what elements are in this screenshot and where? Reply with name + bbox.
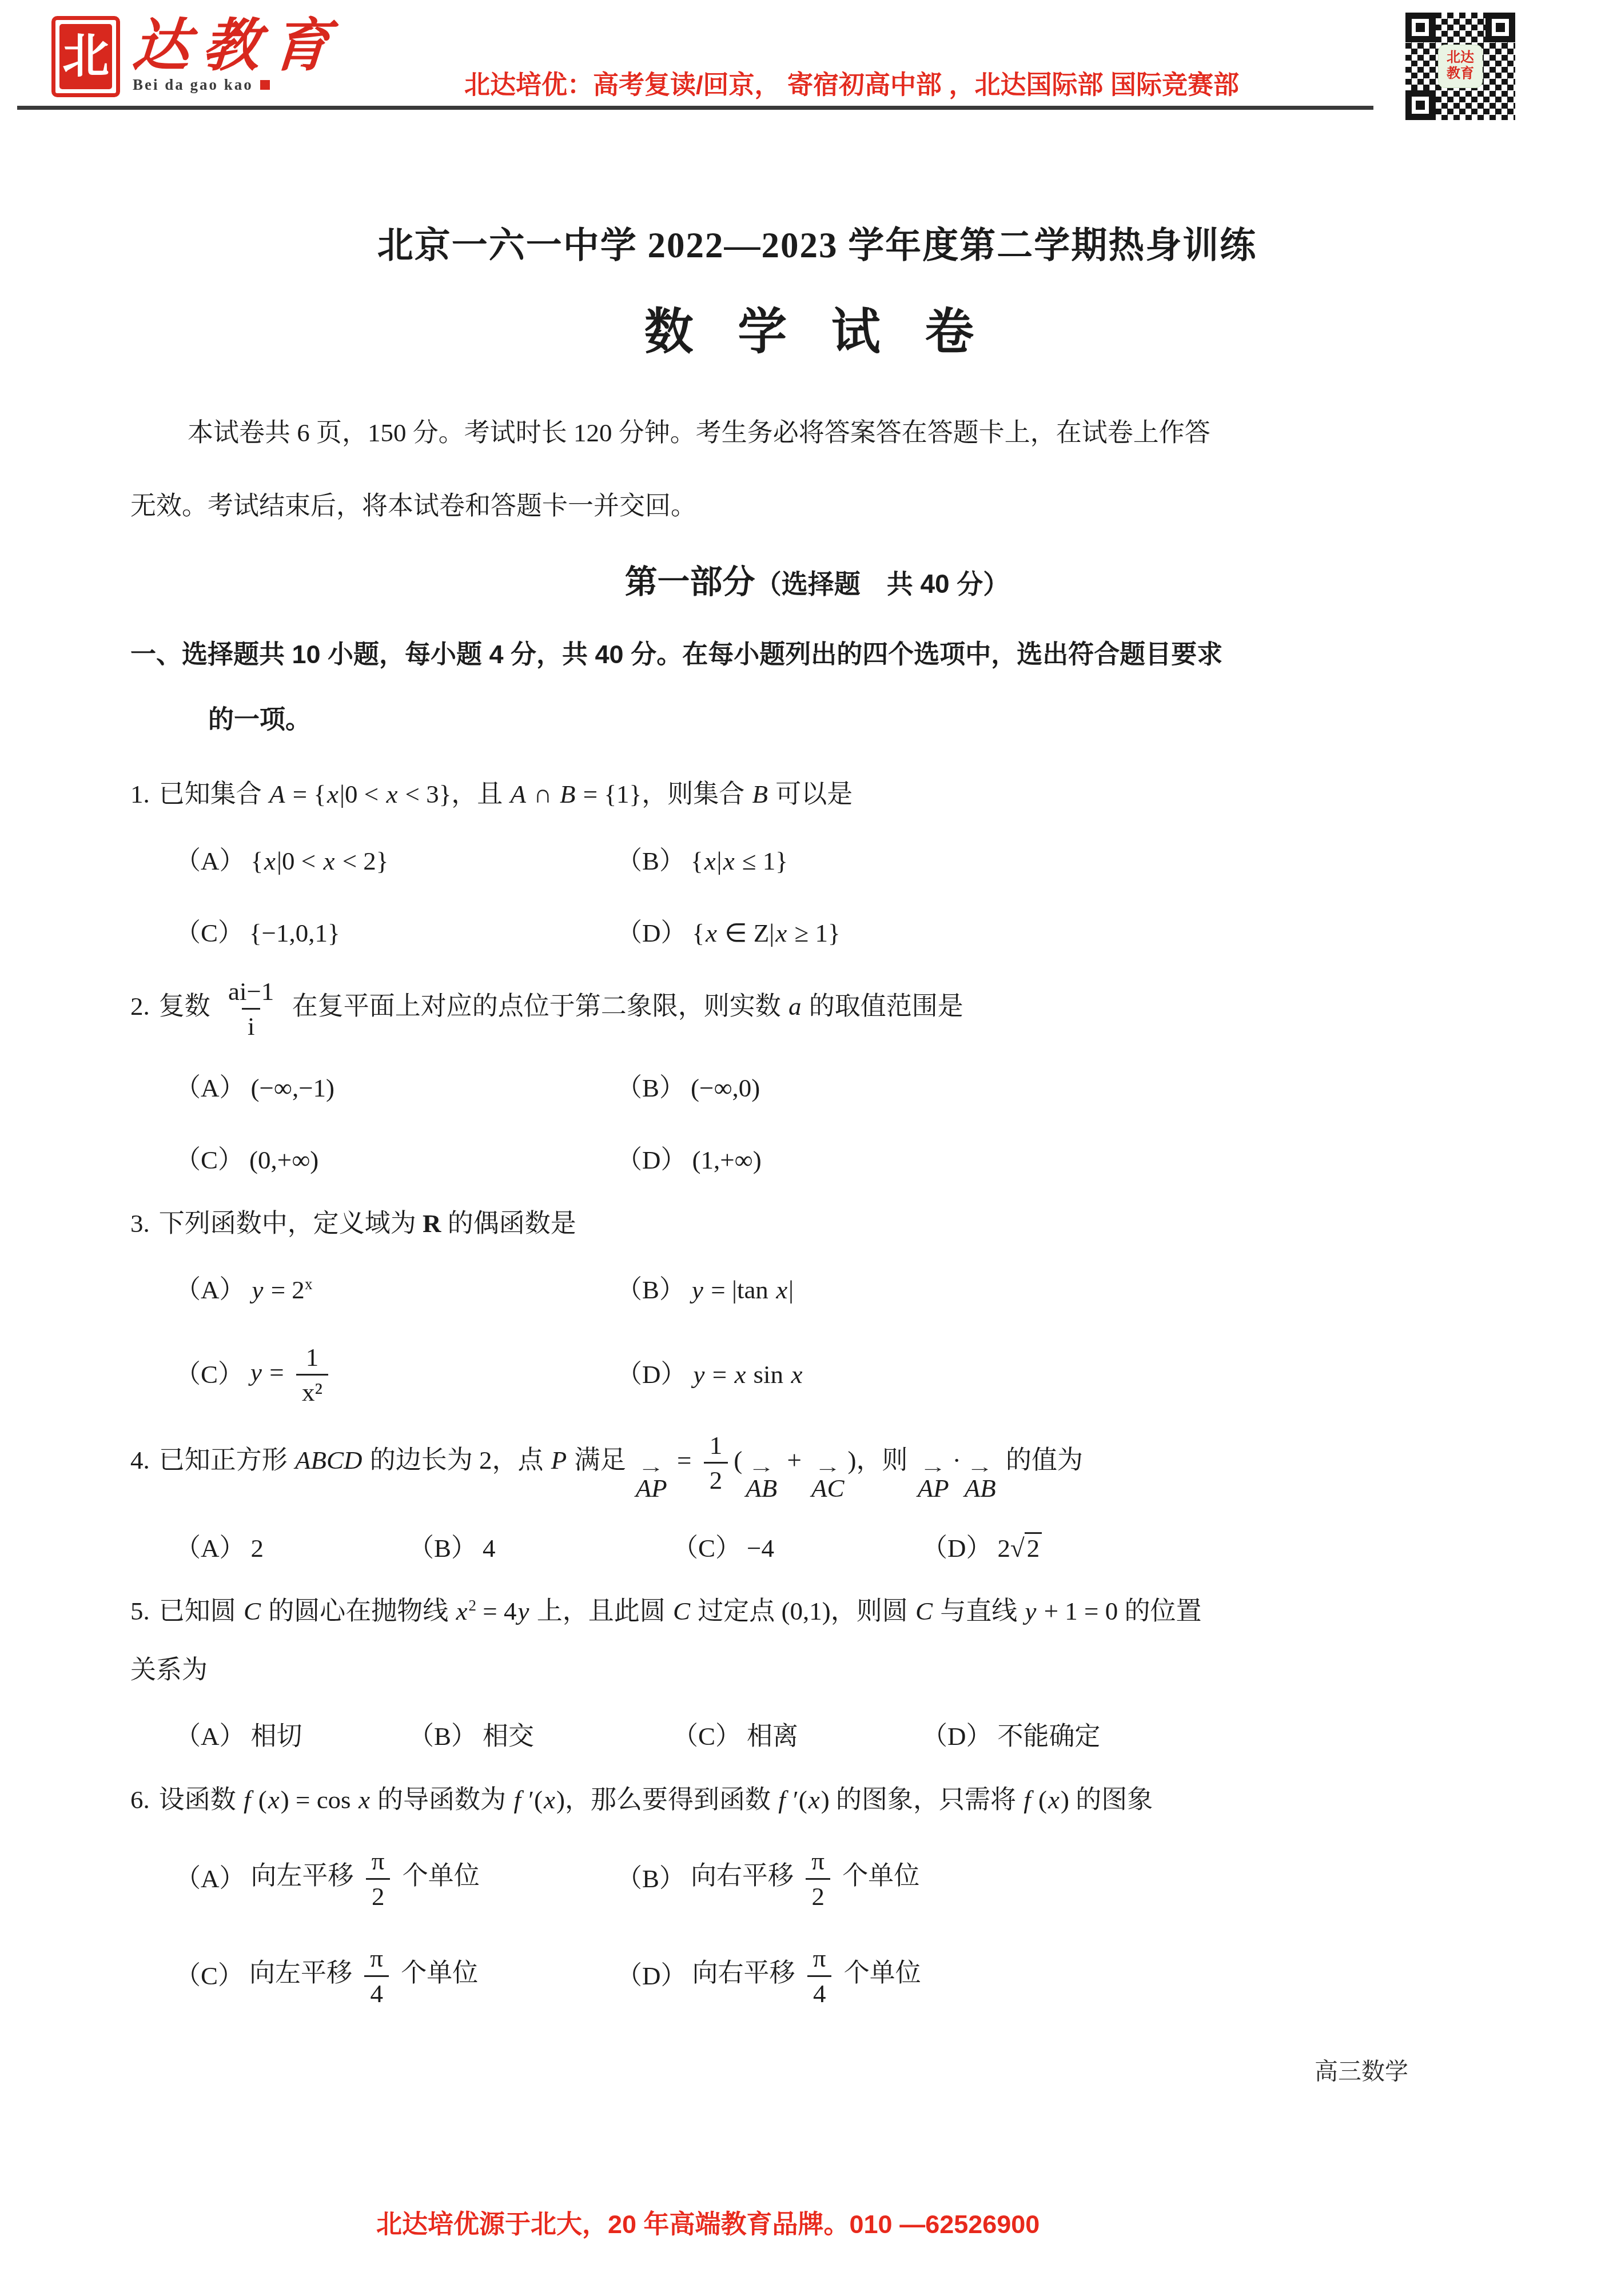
q5-option-A: （A）相切 (175, 1715, 408, 1759)
q4-option-C: （C）−4 (672, 1526, 922, 1570)
question-5-stem: 5.已知圆 C 的圆心在抛物线 x2 = 4y 上，且此圆 C 过定点 (0,1… (130, 1589, 1504, 1633)
option-label: （C） (175, 911, 244, 955)
question-number: 1. (130, 780, 150, 808)
question-3-options: （A）y = 2x（B）y = |tan x|（C）y = 1x²（D）y = … (175, 1268, 1504, 1409)
red-square-icon (260, 80, 270, 90)
option-text: 相切 (251, 1715, 302, 1759)
exam-paper-page: { "colors":{"brand_red":"#d8281e","sloga… (0, 0, 1621, 2296)
option-label: （A） (175, 1857, 245, 1901)
option-label: （A） (175, 1715, 245, 1759)
qr-code: 北达 教育 (1405, 13, 1515, 120)
option-text: 相交 (483, 1715, 534, 1759)
part1-heading: 第一部分（选择题 共 40 分） (130, 556, 1504, 603)
option-label: （A） (175, 1526, 245, 1570)
option-label: （D） (922, 1526, 992, 1570)
option-text: y = |tan x| (691, 1268, 794, 1312)
option-text: {x|0 < x < 2} (251, 839, 389, 883)
option-label: （A） (175, 1066, 245, 1110)
part1-subtitle: （选择题 共 40 分） (755, 569, 1010, 599)
option-label: （B） (408, 1715, 477, 1759)
question-number: 3. (130, 1209, 150, 1238)
exam-notes-line2: 无效。考试结束后，将本试卷和答题卡一并交回。 (130, 469, 1504, 543)
option-text: (0,+∞) (249, 1138, 318, 1182)
page-content: 北京一六一中学 2022—2023 学年度第二学期热身训练 数 学 试 卷 本试… (0, 111, 1621, 2030)
qr-finder-icon (1485, 13, 1515, 42)
option-label: （A） (175, 1268, 245, 1312)
question-list: 1.已知集合 A = {x|0 < x < 3}，且 A ∩ B = {1}，则… (130, 772, 1504, 2010)
q6-option-D: （D）向右平移 π4 个单位 (616, 1942, 1504, 2010)
q1-option-D: （D）{x ∈ Z|x ≥ 1} (616, 911, 1504, 955)
question-4: 4.已知正方形 ABCD 的边长为 2，点 P 满足 →AP = 12(→AB … (130, 1429, 1504, 1570)
option-label: （D） (922, 1715, 992, 1759)
q3-option-B: （B）y = |tan x| (616, 1268, 1504, 1312)
exam-notes: 本试卷共 6 页，150 分。考试时长 120 分钟。考生务必将答案答在答题卡上… (130, 396, 1504, 543)
option-label: （C） (175, 1353, 244, 1397)
option-label: （B） (616, 1066, 685, 1110)
option-text: y = x sin x (692, 1353, 804, 1397)
q1-option-B: （B）{x|x ≤ 1} (616, 839, 1504, 883)
question-5: 5.已知圆 C 的圆心在抛物线 x2 = 4y 上，且此圆 C 过定点 (0,1… (130, 1589, 1504, 1759)
option-text: 2 (251, 1526, 264, 1570)
option-text: 向左平移 π4 个单位 (249, 1942, 478, 2010)
question-4-options: （A）2（B）4（C）−4（D）2√2 (175, 1526, 1504, 1570)
option-text: (1,+∞) (692, 1138, 762, 1182)
option-text: {−1,0,1} (249, 911, 340, 955)
q6-option-A: （A）向左平移 π2 个单位 (175, 1844, 616, 1913)
option-label: （D） (616, 1954, 687, 1998)
question-2-options: （A）(−∞,−1)（B）(−∞,0)（C）(0,+∞)（D）(1,+∞) (175, 1066, 1504, 1182)
question-5-stem-continued: 关系为 (130, 1648, 1504, 1692)
q6-option-B: （B）向右平移 π2 个单位 (616, 1844, 1504, 1913)
q3-option-D: （D）y = x sin x (616, 1341, 1504, 1409)
option-text: 向右平移 π4 个单位 (692, 1942, 921, 2010)
option-label: （D） (616, 911, 687, 955)
option-text: (−∞,−1) (251, 1066, 335, 1110)
option-label: （B） (616, 839, 685, 883)
q5-option-B: （B）相交 (408, 1715, 672, 1759)
option-label: （B） (408, 1526, 477, 1570)
subject-title: 数 学 试 卷 (130, 292, 1504, 363)
q3-option-A: （A）y = 2x (175, 1268, 616, 1312)
option-text: 4 (483, 1526, 496, 1570)
option-text: y = 1x² (249, 1341, 334, 1409)
logo-caption-text: Bei da gao kao (133, 76, 253, 94)
question-1-options: （A）{x|0 < x < 2}（B）{x|x ≤ 1}（C）{−1,0,1}（… (175, 839, 1504, 955)
option-label: （C） (672, 1526, 741, 1570)
q5-option-C: （C）相离 (672, 1715, 922, 1759)
q2-option-B: （B）(−∞,0) (616, 1066, 1504, 1110)
logo-brand-name: 达教育 (130, 16, 344, 76)
qr-center-label: 北达 教育 (1438, 45, 1483, 88)
beida-logo: 北 达教育 Bei da gao kao (51, 16, 342, 97)
header-divider (17, 106, 1373, 110)
question-6: 6.设函数 f (x) = cos x 的导函数为 f ′(x)，那么要得到函数… (130, 1778, 1504, 2011)
section1-instruction: 一、选择题共 10 小题，每小题 4 分，共 40 分。在每小题列出的四个选项中… (130, 622, 1504, 754)
logo-caption: Bei da gao kao (133, 76, 342, 94)
logo-text-block: 达教育 Bei da gao kao (133, 16, 342, 94)
instruction-line2: 的一项。 (130, 687, 1504, 753)
option-text: 2√2 (998, 1526, 1042, 1570)
question-1: 1.已知集合 A = {x|0 < x < 3}，且 A ∩ B = {1}，则… (130, 772, 1504, 955)
question-3-stem: 3.下列函数中，定义域为 R 的偶函数是 (130, 1202, 1504, 1246)
question-number: 2. (130, 992, 150, 1021)
question-1-stem: 1.已知集合 A = {x|0 < x < 3}，且 A ∩ B = {1}，则… (130, 772, 1504, 816)
option-text: 不能确定 (998, 1715, 1101, 1759)
q5-option-D: （D）不能确定 (922, 1715, 1504, 1759)
question-number: 6. (130, 1785, 150, 1814)
question-6-stem: 6.设函数 f (x) = cos x 的导函数为 f ′(x)，那么要得到函数… (130, 1778, 1504, 1822)
option-label: （C） (175, 1954, 244, 1998)
question-6-options: （A）向左平移 π2 个单位（B）向右平移 π2 个单位（C）向左平移 π4 个… (175, 1844, 1504, 2010)
option-text: 向左平移 π2 个单位 (251, 1844, 480, 1913)
question-5-options: （A）相切（B）相交（C）相离（D）不能确定 (175, 1715, 1504, 1759)
question-number: 4. (130, 1446, 150, 1474)
question-4-stem: 4.已知正方形 ABCD 的边长为 2，点 P 满足 →AP = 12(→AB … (130, 1429, 1504, 1504)
option-label: （B） (616, 1857, 685, 1901)
q1-option-A: （A）{x|0 < x < 2} (175, 839, 616, 883)
option-text: (−∞,0) (691, 1066, 760, 1110)
option-label: （D） (616, 1138, 687, 1182)
q6-option-C: （C）向左平移 π4 个单位 (175, 1942, 616, 2010)
option-label: （B） (616, 1268, 685, 1312)
option-text: 向右平移 π2 个单位 (691, 1844, 919, 1913)
exam-title: 北京一六一中学 2022—2023 学年度第二学期热身训练 (130, 216, 1504, 268)
question-3: 3.下列函数中，定义域为 R 的偶函数是（A）y = 2x（B）y = |tan… (130, 1202, 1504, 1409)
option-label: （C） (175, 1138, 244, 1182)
page-footer-label: 高三数学 (1315, 2052, 1408, 2086)
option-text: y = 2x (251, 1268, 313, 1312)
question-number: 5. (130, 1597, 150, 1625)
q4-option-B: （B）4 (408, 1526, 672, 1570)
instruction-line1: 一、选择题共 10 小题，每小题 4 分，共 40 分。在每小题列出的四个选项中… (130, 622, 1504, 688)
option-text: {x ∈ Z|x ≥ 1} (692, 911, 841, 955)
logo-seal: 北 (51, 16, 120, 97)
option-text: −4 (747, 1526, 774, 1570)
q4-option-A: （A）2 (175, 1526, 408, 1570)
part1-title: 第一部分 (625, 564, 755, 600)
q2-option-A: （A）(−∞,−1) (175, 1066, 616, 1110)
option-label: （D） (616, 1353, 687, 1397)
q1-option-C: （C）{−1,0,1} (175, 911, 616, 955)
q4-option-D: （D）2√2 (922, 1526, 1504, 1570)
option-text: 相离 (747, 1715, 798, 1759)
question-2-stem: 2.复数 ai−1i 在复平面上对应的点位于第二象限，则实数 a 的取值范围是 (130, 975, 1504, 1043)
option-text: {x|x ≤ 1} (691, 839, 788, 883)
exam-notes-line1: 本试卷共 6 页，150 分。考试时长 120 分钟。考生务必将答案答在答题卡上… (130, 396, 1504, 469)
option-label: （A） (175, 839, 245, 883)
footer-slogan: 北达培优源于北大，20 年高端教育品牌。010 —62526900 (376, 2203, 1039, 2241)
q2-option-C: （C）(0,+∞) (175, 1138, 616, 1182)
question-2: 2.复数 ai−1i 在复平面上对应的点位于第二象限，则实数 a 的取值范围是（… (130, 975, 1504, 1182)
q3-option-C: （C）y = 1x² (175, 1341, 616, 1409)
option-label: （C） (672, 1715, 741, 1759)
qr-finder-icon (1405, 13, 1435, 42)
logo-seal-character: 北 (59, 24, 112, 89)
q2-option-D: （D）(1,+∞) (616, 1138, 1504, 1182)
header-slogan: 北达培优：高考复读/回京， 寄宿初高中部 ，北达国际部 国际竞赛部 (464, 64, 1379, 101)
